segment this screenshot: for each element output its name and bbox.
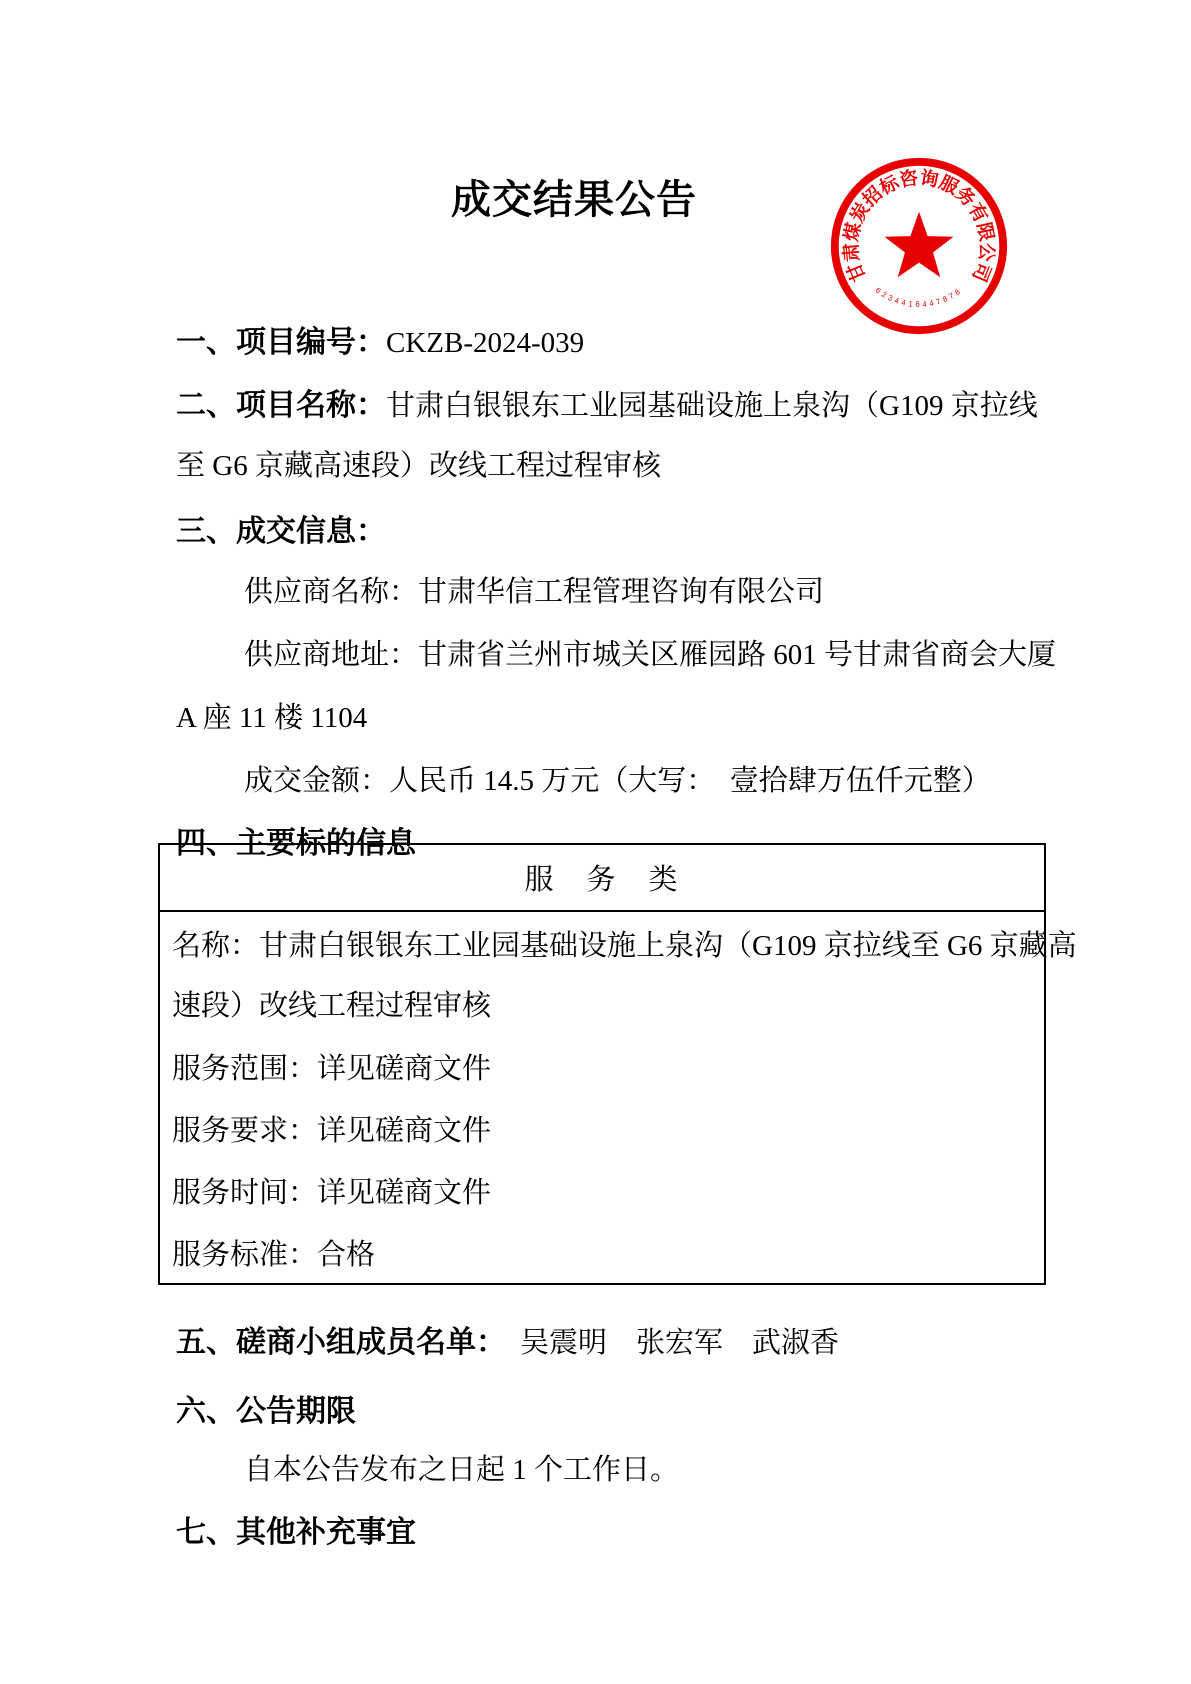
- supplier-name: 供应商名称：甘肃华信工程管理咨询有限公司: [244, 576, 824, 608]
- deal-amount: 成交金额：人民币 14.5 万元（大写： 壹拾肆万伍仟元整）: [244, 765, 991, 797]
- table-row-service-scope: 服务范围：详见磋商文件: [172, 1054, 491, 1086]
- announcement-period-label: 六、公告期限: [176, 1395, 356, 1428]
- section-panel-members: 五、磋商小组成员名单：吴震明 张宏军 武淑香: [160, 1299, 839, 1378]
- supplier-address: 供应商地址：甘肃省兰州市城关区雁园路 601 号甘肃省商会大厦: [244, 639, 1056, 671]
- table-header-service-category: 服 务 类: [160, 845, 1044, 912]
- panel-members-names: 吴震明 张宏军 武淑香: [520, 1327, 839, 1359]
- table-body: 名称：甘肃白银银东工业园基础设施上泉沟（G109 京拉线至 G6 京藏高 速段）…: [160, 912, 1044, 1285]
- project-name-value-wrap: 至 G6 京藏高速段）改线工程过程审核: [176, 450, 661, 482]
- star-icon: [885, 212, 954, 277]
- announcement-period-text: 自本公告发布之日起 1 个工作日。: [244, 1454, 679, 1486]
- other-matters-label: 七、其他补充事宜: [176, 1516, 416, 1549]
- project-number-label: 一、项目编号：: [176, 326, 386, 359]
- table-row-service-std: 服务标准：合格: [172, 1240, 375, 1272]
- table-row-service-req: 服务要求：详见磋商文件: [172, 1116, 491, 1148]
- project-name-value: 甘肃白银银东工业园基础设施上泉沟（G109 京拉线: [386, 390, 1038, 422]
- table-row-service-time: 服务时间：详见磋商文件: [172, 1178, 491, 1210]
- page-title: 成交结果公告: [451, 180, 697, 220]
- supplier-address-wrap: A 座 11 楼 1104: [176, 702, 367, 734]
- document-page: 成交结果公告 甘肃煤炭招标咨询服务有限公司 6234416447878 一、项目…: [0, 0, 1191, 1684]
- deal-info-label: 三、成交信息：: [176, 515, 386, 548]
- company-seal: 甘肃煤炭招标咨询服务有限公司 6234416447878: [826, 153, 1012, 339]
- project-number-value: CKZB-2024-039: [386, 327, 584, 359]
- subject-info-table: 服 务 类 名称：甘肃白银银东工业园基础设施上泉沟（G109 京拉线至 G6 京…: [158, 843, 1046, 1285]
- table-row-name: 名称：甘肃白银银东工业园基础设施上泉沟（G109 京拉线至 G6 京藏高: [172, 931, 1077, 963]
- project-name-label: 二、项目名称：: [176, 389, 386, 422]
- panel-members-label: 五、磋商小组成员名单：: [176, 1326, 506, 1359]
- section-other-matters: 七、其他补充事宜: [160, 1489, 416, 1568]
- seal-serial-digits: 6234416447878: [874, 286, 964, 309]
- table-row-name-wrap: 速段）改线工程过程审核: [172, 991, 491, 1023]
